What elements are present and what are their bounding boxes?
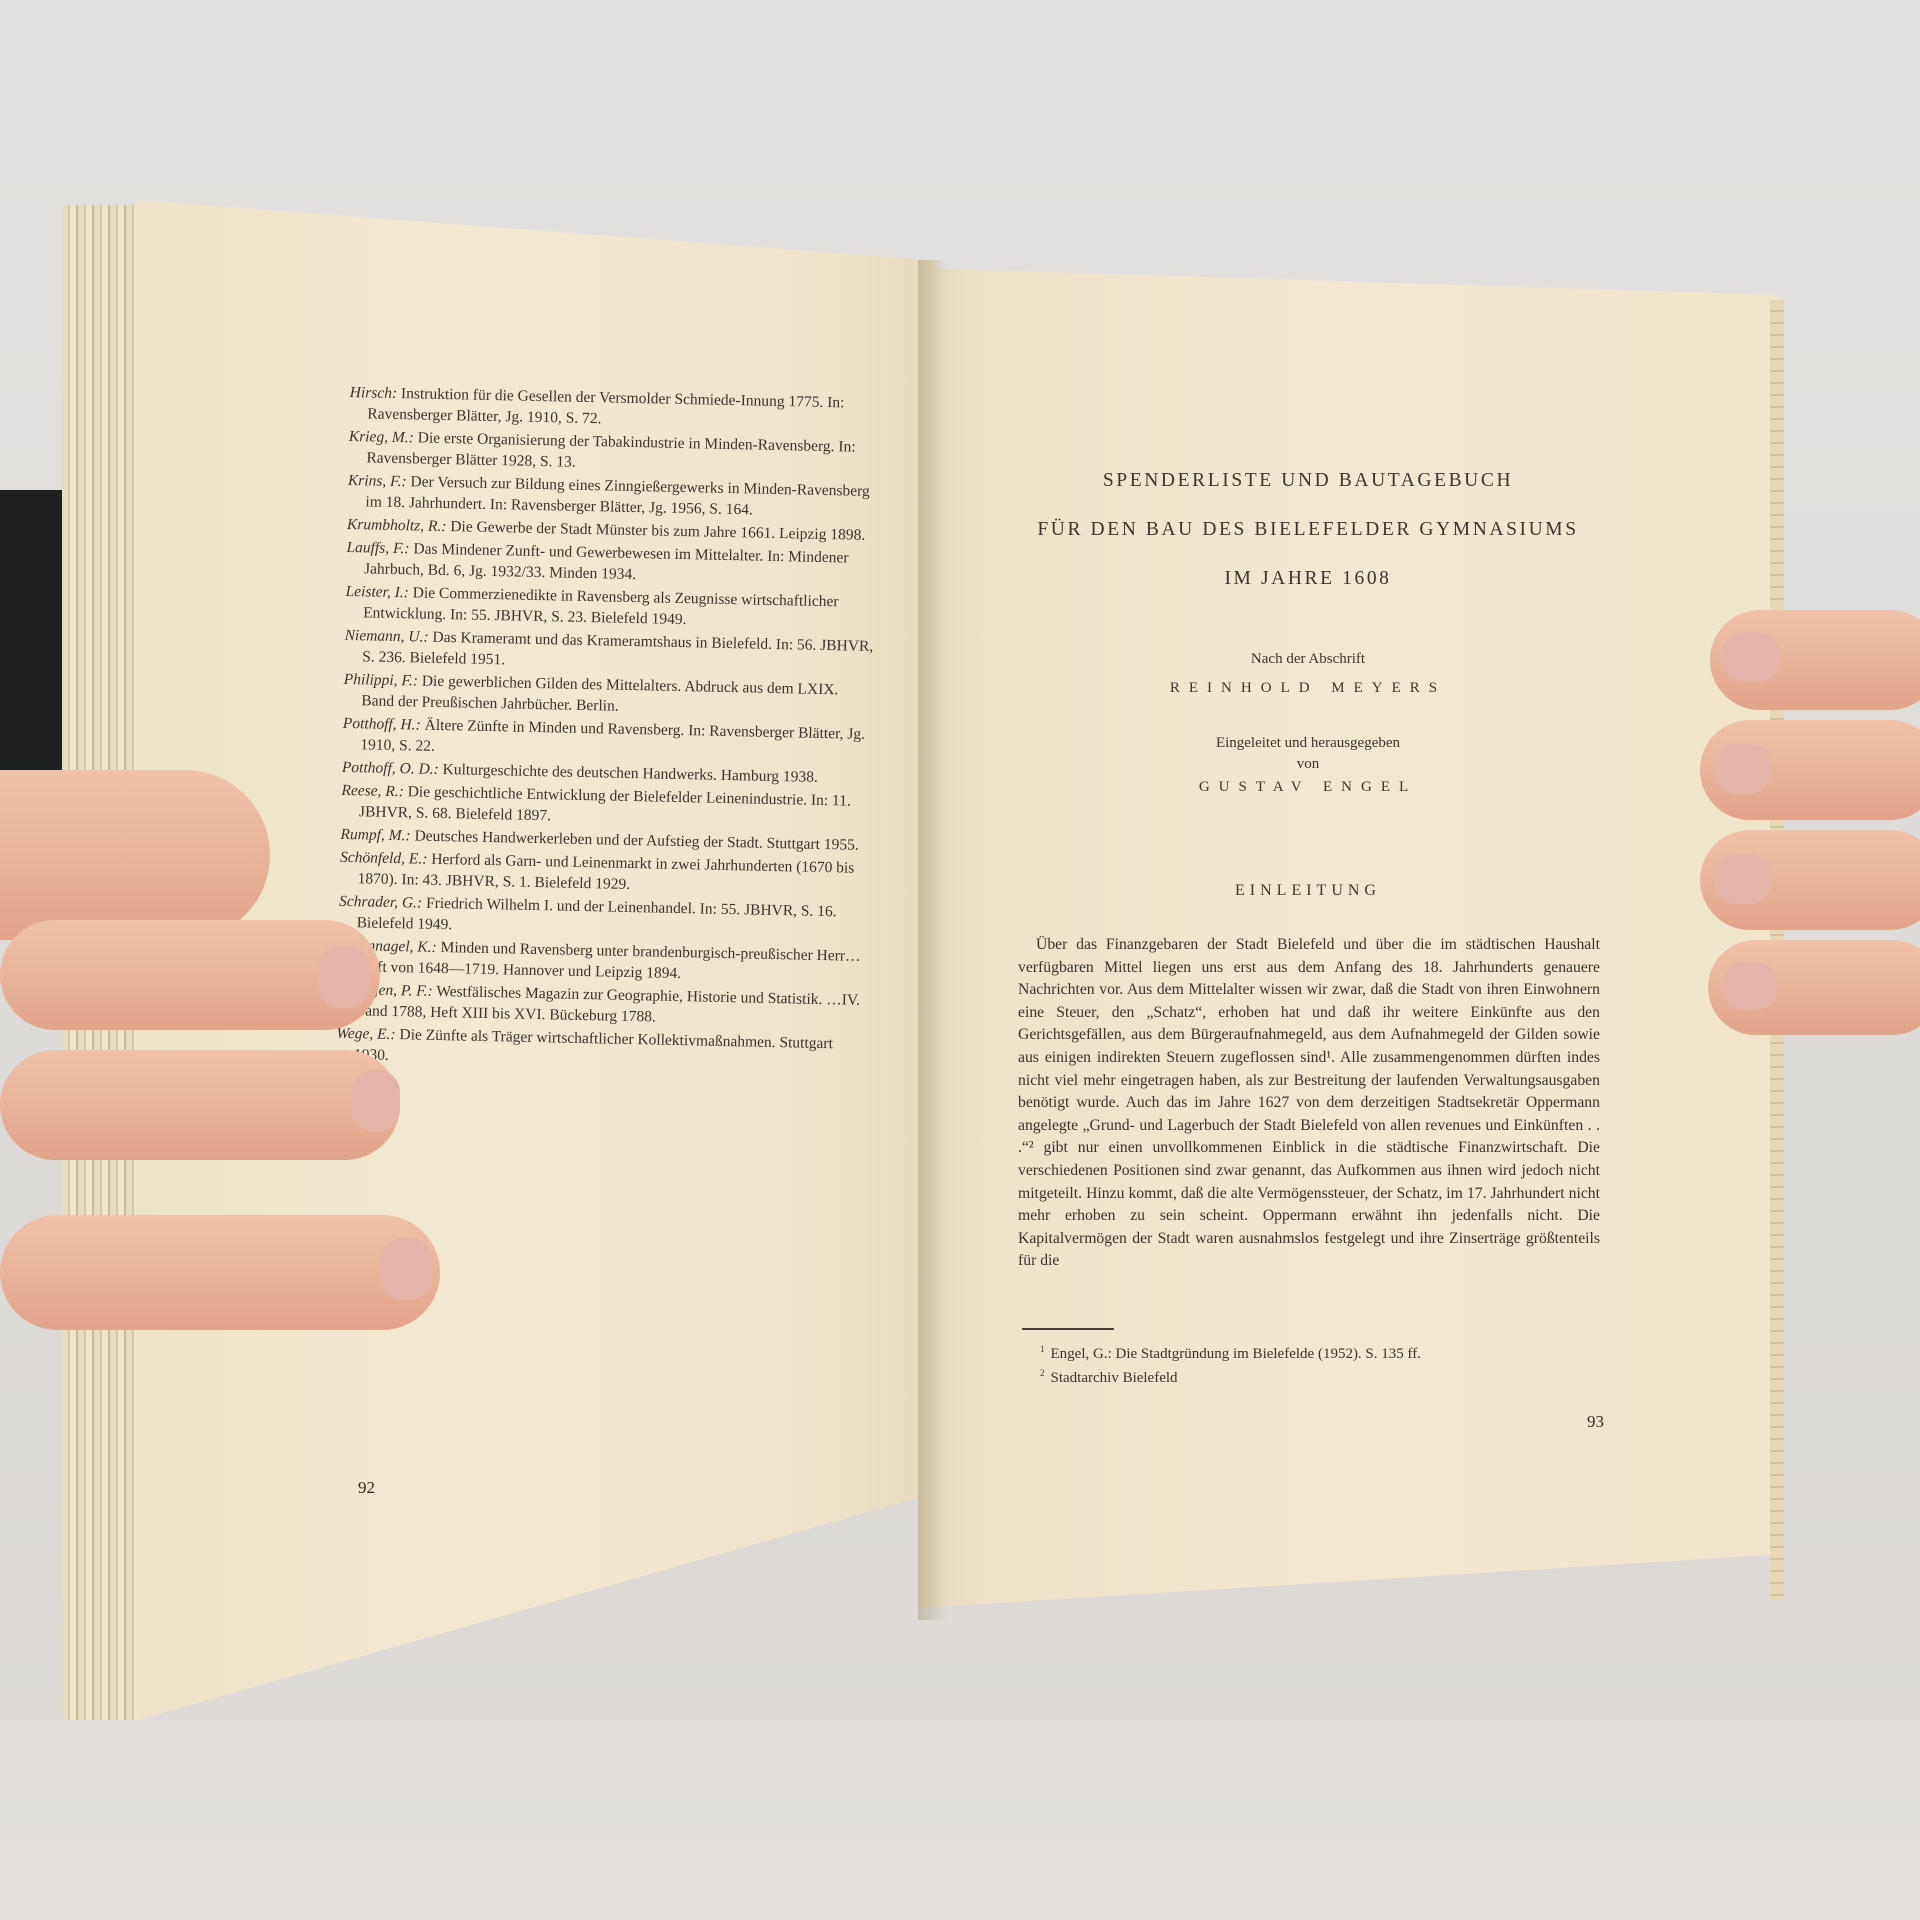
finger-ring xyxy=(0,1215,440,1330)
edited-label: Eingeleitet und herausgegeben xyxy=(1018,735,1598,752)
fingernail xyxy=(352,1070,400,1132)
title-line-1: SPENDERLISTE UND BAUTAGEBUCH xyxy=(1018,470,1598,492)
fingernail xyxy=(1714,744,1772,794)
body-paragraph: Über das Finanzgebaren der Stadt Bielefe… xyxy=(1018,934,1600,1273)
page-number-right: 93 xyxy=(1587,1412,1604,1432)
footnote-rule xyxy=(1022,1328,1114,1330)
fingernail xyxy=(318,946,370,1008)
section-heading: EINLEITUNG xyxy=(1018,882,1598,900)
fingernail xyxy=(380,1238,432,1300)
book-gutter xyxy=(918,260,948,1620)
fingernail xyxy=(1722,962,1778,1010)
hand-palm xyxy=(0,770,270,940)
photo-scene: Hirsch: Instruktion für die Gesellen der… xyxy=(0,0,1920,1920)
after-copy-label: Nach der Abschrift xyxy=(1018,651,1598,668)
introduction-text: Über das Finanzgebaren der Stadt Bielefe… xyxy=(1018,934,1600,1273)
fingernail xyxy=(1722,632,1780,682)
finger-middle xyxy=(0,1050,400,1160)
footnote-1: 1Engel, G.: Die Stadtgründung im Bielefe… xyxy=(1040,1340,1421,1364)
copyist-name: REINHOLD MEYERS xyxy=(1018,680,1598,697)
right-hand xyxy=(1700,610,1920,1030)
title-block: SPENDERLISTE UND BAUTAGEBUCH FÜR DEN BAU… xyxy=(1018,470,1598,900)
editor-name: GUSTAV ENGEL xyxy=(1018,779,1598,796)
footnotes: 1Engel, G.: Die Stadtgründung im Bielefe… xyxy=(1040,1340,1421,1388)
title-line-3: IM JAHRE 1608 xyxy=(1018,568,1598,590)
by-label: von xyxy=(1018,756,1598,773)
fingernail xyxy=(1714,854,1772,904)
page-number-left: 92 xyxy=(358,1478,375,1498)
title-line-2: FÜR DEN BAU DES BIELEFELDER GYMNASIUMS xyxy=(1018,519,1598,541)
left-hand xyxy=(0,770,440,1330)
footnote-2: 2Stadtarchiv Bielefeld xyxy=(1040,1364,1421,1388)
